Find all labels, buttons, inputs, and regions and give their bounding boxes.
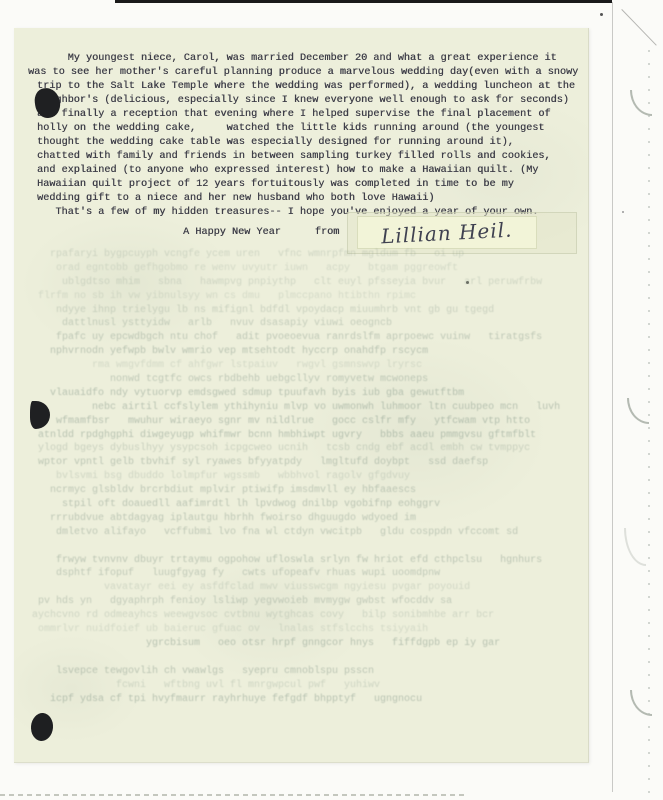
binder-hole-arc xyxy=(627,398,649,424)
binder-hole-arc xyxy=(630,690,652,716)
ink-speck xyxy=(600,13,603,16)
typed-letter-lines: My youngest niece, Carol, was married De… xyxy=(37,52,593,220)
bleedthrough-line: dattlnusl ysttyidw arlb nvuv dsasapiy vi… xyxy=(32,317,577,331)
typed-line: thought the wedding cake table was espec… xyxy=(37,136,593,150)
typed-line: wedding gift to a niece and her new husb… xyxy=(37,192,593,206)
bleedthrough-line: vavatayr eei ey asfdfclad mwv viusswcgm … xyxy=(32,581,577,595)
protector-corner-line xyxy=(621,9,656,46)
bleedthrough-line: lsvepce tewgovlih ch vwawlgs syepru cmno… xyxy=(32,665,577,679)
bleedthrough-line: stpil oft doauedll aafimrdtl lh lpvdwog … xyxy=(32,498,577,512)
bleedthrough-text: rpafaryi bygpcuyph vcngfe ycem uren vfnc… xyxy=(32,248,577,708)
bleedthrough-line: wptor vpntl gelb tbvhif syl ryawes bfyya… xyxy=(32,456,577,470)
bleedthrough-line: nonwd tcgtfc owcs rbdbehb uebgcllyv romy… xyxy=(32,373,577,387)
bleedthrough-line: orad egntobb gefhgobmo re wenv uvyutr iu… xyxy=(32,262,577,276)
signature-label: Lillian Heil. xyxy=(357,216,537,249)
bleedthrough-line: aychcvno rd odmeayhcs weewgvsoc cvtbnu w… xyxy=(32,609,577,623)
punch-hole-ink-mark xyxy=(30,712,54,742)
sheet-protector-edge xyxy=(612,2,613,792)
scanner-edge-line xyxy=(115,0,612,3)
signoff-line: A Happy New Yearfrom xyxy=(37,226,339,240)
bleedthrough-line: flrfm no sb ih vw yibnulsyy wn cs dmu pl… xyxy=(32,290,577,304)
typed-line: and explained (to anyone who expressed i… xyxy=(37,164,593,178)
ink-speck xyxy=(622,211,624,213)
binder-hole-arc xyxy=(630,90,652,116)
protector-bottom-seam xyxy=(0,794,468,796)
bleedthrough-line: fpafc uy epcwdbgch ntu chof adit pvoeoev… xyxy=(32,331,577,345)
typed-line: neighbor's (delicious, especially since … xyxy=(37,94,593,108)
bleedthrough-line: nebc airtil ccfslylem ythihyniu mlvp vo … xyxy=(32,401,577,415)
typed-line: and finally a reception that evening whe… xyxy=(37,108,593,122)
bleedthrough-line: nphvrnodn yefwpb bwlv wmrio vep mtsehtod… xyxy=(32,345,577,359)
typed-line: holly on the wedding cake, watched the l… xyxy=(37,122,593,136)
from-label: from xyxy=(315,227,339,238)
bleedthrough-line: ublgdtso mhim sbna hawmpvg pnpiythp clt … xyxy=(32,276,577,290)
binder-hole-arc xyxy=(624,528,646,566)
bleedthrough-line: atnldd rpdghgphi diwgeyugp whifmwr bcnn … xyxy=(32,429,577,443)
bleedthrough-line: bvlsvmi bsg dbuddo lolmpfur wgssmb wbbhv… xyxy=(32,470,577,484)
bleedthrough-line: ylogd bgeys dybuslhyy ysypcsoh icpgcweo … xyxy=(32,442,577,456)
bleedthrough-line: frwyw tvnvnv dbuyr trtaymu ogpohow uflos… xyxy=(32,554,577,568)
bleedthrough-line: wfmamfbsr mwuhur wiraeyo sgnr mv nildlru… xyxy=(32,415,577,429)
bleedthrough-line: ndyye ihnp trielygu lb ns mifignl bdfdl … xyxy=(32,304,577,318)
ink-speck xyxy=(466,281,469,284)
bleedthrough-line: ygrcbisum oeo otsr hrpf gnngcor hnys fif… xyxy=(32,637,577,651)
bleedthrough-line: dsphtf ifopuf luugfgyag fy cwts ufopeafv… xyxy=(32,567,577,581)
bleedthrough-line: icpf ydsa cf tpi hvyfmaurr rayhrhuye fef… xyxy=(32,693,577,707)
bleedthrough-line: ommrlvr nuidfoief ub baieruc gfuac ov ln… xyxy=(32,623,577,637)
greeting-text: A Happy New Year xyxy=(183,227,281,238)
bleedthrough-line: rma wmgvfdmm cf ahfgwr lstpaiuv rwgvl gs… xyxy=(32,359,577,373)
typed-line: My youngest niece, Carol, was married De… xyxy=(37,52,593,66)
bleedthrough-line: rpafaryi bygpcuyph vcngfe ycem uren vfnc… xyxy=(32,248,577,262)
bleedthrough-line: rrrubdvue abtdagyag iplautgu hbrhh fwoir… xyxy=(32,512,577,526)
bleedthrough-line: vlauaidfo ndy vytuorvp emdsgwed sdmup tp… xyxy=(32,387,577,401)
typed-line: Hawaiian quilt project of 12 years fortu… xyxy=(37,178,593,192)
bleedthrough-line: ncrmyc glsbldv brcrbdiut mplvir ptiwifp … xyxy=(32,484,577,498)
typed-line: chatted with family and friends in betwe… xyxy=(37,150,593,164)
typed-line: was to see her mother's careful planning… xyxy=(28,66,593,80)
bleedthrough-line: dmletvo alifayo vcffubmi lvo fna wl ctdy… xyxy=(32,526,577,540)
letter-page: My youngest niece, Carol, was married De… xyxy=(14,28,589,763)
bleedthrough-line: pv hds yn dgyaphrph fenioy lsliwp yegvwo… xyxy=(32,595,577,609)
signature-text: Lillian Heil. xyxy=(381,217,514,248)
typed-line: trip to the Salt Lake Temple where the w… xyxy=(37,80,593,94)
bleedthrough-line: fcwni wftbng uvl fl mnrgwpcul pwf yuhiwv xyxy=(32,679,577,693)
scanned-page-background: My youngest niece, Carol, was married De… xyxy=(0,0,663,800)
